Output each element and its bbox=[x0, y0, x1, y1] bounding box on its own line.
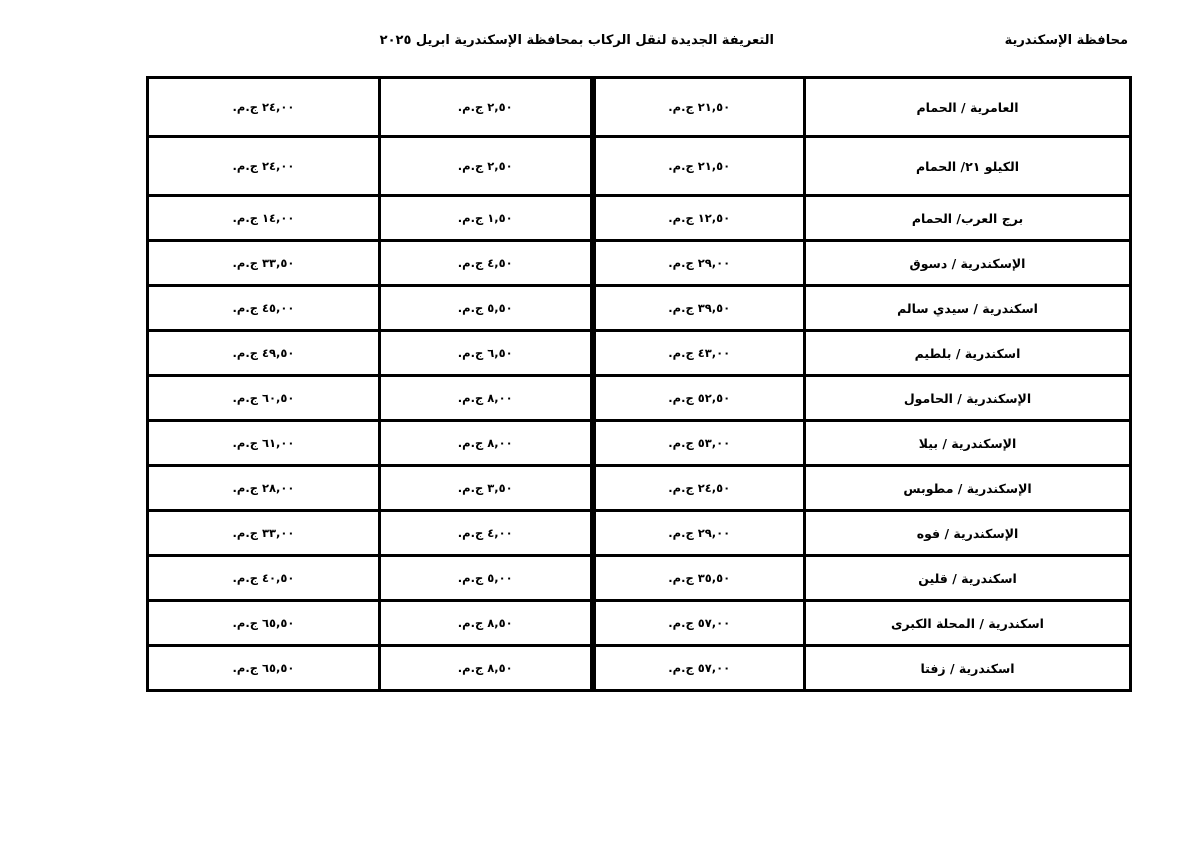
base-fare-cell: ٢١,٥٠ ج.م. bbox=[593, 78, 805, 137]
new-fare-cell: ٣٣,٥٠ ج.م. bbox=[148, 241, 380, 286]
base-fare-cell: ٢١,٥٠ ج.م. bbox=[593, 137, 805, 196]
route-cell: اسكندرية / زفتا bbox=[805, 646, 1131, 691]
base-fare-cell: ١٢,٥٠ ج.م. bbox=[593, 196, 805, 241]
route-cell: اسكندرية / قلين bbox=[805, 556, 1131, 601]
fare-table: العامرية / الحمام ٢١,٥٠ ج.م. ٢,٥٠ ج.م. ٢… bbox=[146, 76, 1132, 692]
route-cell: اسكندرية / سيدي سالم bbox=[805, 286, 1131, 331]
new-fare-cell: ٦١,٠٠ ج.م. bbox=[148, 421, 380, 466]
increase-cell: ٢,٥٠ ج.م. bbox=[380, 78, 593, 137]
increase-cell: ١,٥٠ ج.م. bbox=[380, 196, 593, 241]
table-row: اسكندرية / بلطيم ٤٣,٠٠ ج.م. ٦,٥٠ ج.م. ٤٩… bbox=[148, 331, 1131, 376]
route-cell: الإسكندرية / بيلا bbox=[805, 421, 1131, 466]
route-cell: العامرية / الحمام bbox=[805, 78, 1131, 137]
base-fare-cell: ٥٣,٠٠ ج.م. bbox=[593, 421, 805, 466]
table-row: اسكندرية / قلين ٣٥,٥٠ ج.م. ٥,٠٠ ج.م. ٤٠,… bbox=[148, 556, 1131, 601]
table-row: العامرية / الحمام ٢١,٥٠ ج.م. ٢,٥٠ ج.م. ٢… bbox=[148, 78, 1131, 137]
new-fare-cell: ٤٥,٠٠ ج.م. bbox=[148, 286, 380, 331]
new-fare-cell: ٤٠,٥٠ ج.م. bbox=[148, 556, 380, 601]
route-cell: الإسكندرية / دسوق bbox=[805, 241, 1131, 286]
new-fare-cell: ٢٤,٠٠ ج.م. bbox=[148, 137, 380, 196]
route-cell: اسكندرية / بلطيم bbox=[805, 331, 1131, 376]
page-title: التعريفة الجديدة لنقل الركاب بمحافظة الإ… bbox=[428, 33, 774, 48]
base-fare-cell: ٢٩,٠٠ ج.م. bbox=[593, 511, 805, 556]
route-cell: اسكندرية / المحلة الكبرى bbox=[805, 601, 1131, 646]
increase-cell: ٨,٠٠ ج.م. bbox=[380, 421, 593, 466]
table-row: اسكندرية / سيدي سالم ٣٩,٥٠ ج.م. ٥,٥٠ ج.م… bbox=[148, 286, 1131, 331]
route-cell: الإسكندرية / فوه bbox=[805, 511, 1131, 556]
base-fare-cell: ٣٩,٥٠ ج.م. bbox=[593, 286, 805, 331]
table-row: الإسكندرية / بيلا ٥٣,٠٠ ج.م. ٨,٠٠ ج.م. ٦… bbox=[148, 421, 1131, 466]
new-fare-cell: ٣٣,٠٠ ج.م. bbox=[148, 511, 380, 556]
new-fare-cell: ٢٨,٠٠ ج.م. bbox=[148, 466, 380, 511]
table-row: الإسكندرية / فوه ٢٩,٠٠ ج.م. ٤,٠٠ ج.م. ٣٣… bbox=[148, 511, 1131, 556]
increase-cell: ٥,٠٠ ج.م. bbox=[380, 556, 593, 601]
table-row: الإسكندرية / دسوق ٢٩,٠٠ ج.م. ٤,٥٠ ج.م. ٣… bbox=[148, 241, 1131, 286]
new-fare-cell: ٤٩,٥٠ ج.م. bbox=[148, 331, 380, 376]
base-fare-cell: ٣٥,٥٠ ج.م. bbox=[593, 556, 805, 601]
route-cell: برج العرب/ الحمام bbox=[805, 196, 1131, 241]
increase-cell: ٤,٥٠ ج.م. bbox=[380, 241, 593, 286]
route-cell: الإسكندرية / مطوبس bbox=[805, 466, 1131, 511]
governorate-label: محافظة الإسكندرية bbox=[1005, 33, 1128, 48]
new-fare-cell: ٦٠,٥٠ ج.م. bbox=[148, 376, 380, 421]
table-row: اسكندرية / المحلة الكبرى ٥٧,٠٠ ج.م. ٨,٥٠… bbox=[148, 601, 1131, 646]
increase-cell: ٨,٠٠ ج.م. bbox=[380, 376, 593, 421]
increase-cell: ٨,٥٠ ج.م. bbox=[380, 646, 593, 691]
base-fare-cell: ٤٣,٠٠ ج.م. bbox=[593, 331, 805, 376]
base-fare-cell: ٥٧,٠٠ ج.م. bbox=[593, 646, 805, 691]
table-row: برج العرب/ الحمام ١٢,٥٠ ج.م. ١,٥٠ ج.م. ١… bbox=[148, 196, 1131, 241]
table-row: الإسكندرية / الحامول ٥٢,٥٠ ج.م. ٨,٠٠ ج.م… bbox=[148, 376, 1131, 421]
increase-cell: ٦,٥٠ ج.م. bbox=[380, 331, 593, 376]
increase-cell: ٢,٥٠ ج.م. bbox=[380, 137, 593, 196]
base-fare-cell: ٥٧,٠٠ ج.م. bbox=[593, 601, 805, 646]
base-fare-cell: ٢٩,٠٠ ج.م. bbox=[593, 241, 805, 286]
new-fare-cell: ٦٥,٥٠ ج.م. bbox=[148, 646, 380, 691]
increase-cell: ٣,٥٠ ج.م. bbox=[380, 466, 593, 511]
new-fare-cell: ٦٥,٥٠ ج.م. bbox=[148, 601, 380, 646]
route-cell: الإسكندرية / الحامول bbox=[805, 376, 1131, 421]
table-row: اسكندرية / زفتا ٥٧,٠٠ ج.م. ٨,٥٠ ج.م. ٦٥,… bbox=[148, 646, 1131, 691]
increase-cell: ٥,٥٠ ج.م. bbox=[380, 286, 593, 331]
base-fare-cell: ٢٤,٥٠ ج.م. bbox=[593, 466, 805, 511]
base-fare-cell: ٥٢,٥٠ ج.م. bbox=[593, 376, 805, 421]
increase-cell: ٤,٠٠ ج.م. bbox=[380, 511, 593, 556]
table-row: الإسكندرية / مطوبس ٢٤,٥٠ ج.م. ٣,٥٠ ج.م. … bbox=[148, 466, 1131, 511]
increase-cell: ٨,٥٠ ج.م. bbox=[380, 601, 593, 646]
route-cell: الكيلو ٢١/ الحمام bbox=[805, 137, 1131, 196]
table-row: الكيلو ٢١/ الحمام ٢١,٥٠ ج.م. ٢,٥٠ ج.م. ٢… bbox=[148, 137, 1131, 196]
new-fare-cell: ١٤,٠٠ ج.م. bbox=[148, 196, 380, 241]
new-fare-cell: ٢٤,٠٠ ج.م. bbox=[148, 78, 380, 137]
